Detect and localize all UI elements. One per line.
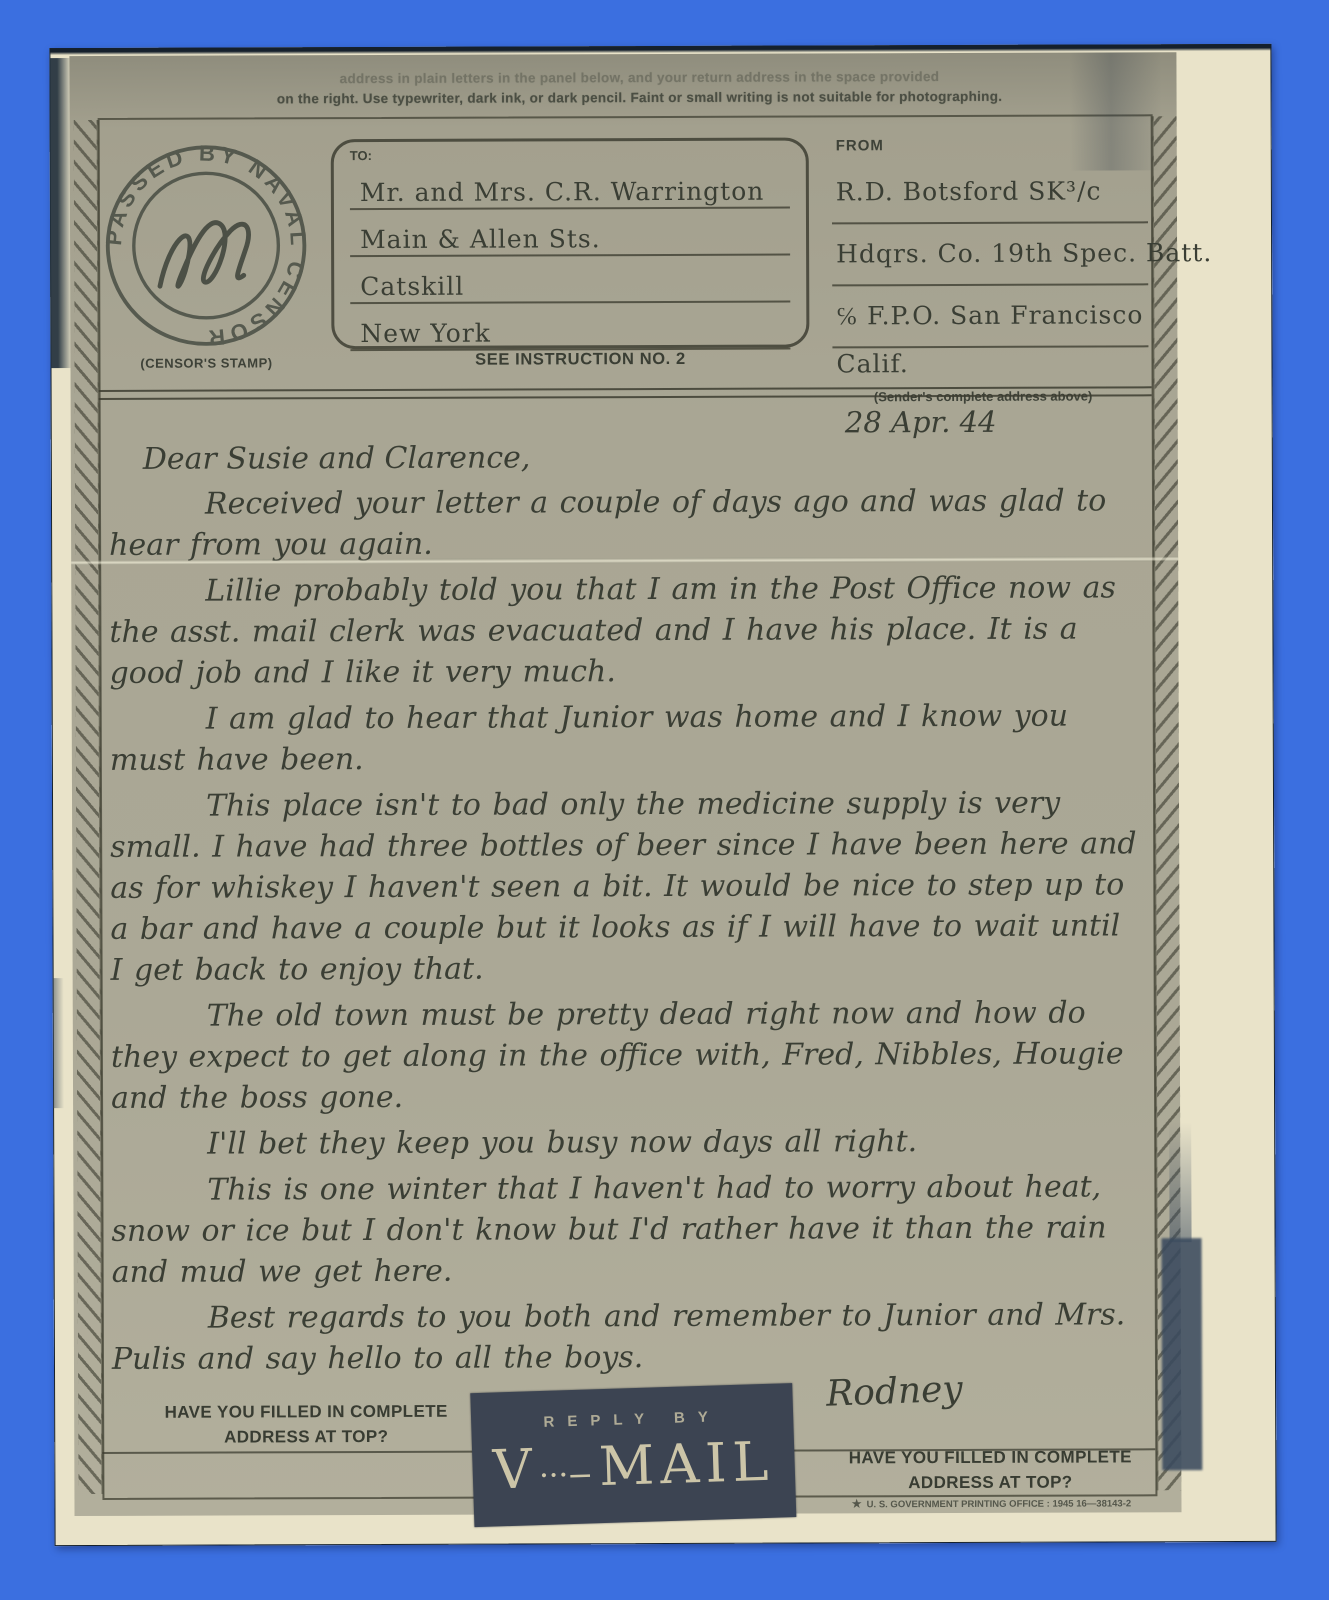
from-address-line: Hdqrs. Co. 19th Spec. Batt. bbox=[832, 238, 1148, 286]
right-edge-shadow-band bbox=[1162, 1238, 1203, 1470]
letter-paragraph: I am glad to hear that Junior was home a… bbox=[110, 695, 1138, 781]
photo-paper: address in plain letters in the panel be… bbox=[49, 44, 1276, 1546]
letter-paragraph: Received your letter a couple of days ag… bbox=[109, 480, 1137, 566]
star-icon: ★ bbox=[852, 1498, 862, 1510]
printing-office-fine-print: ★U. S. GOVERNMENT PRINTING OFFICE : 1945… bbox=[802, 1496, 1180, 1510]
paper-left-edge-shadow-2 bbox=[53, 978, 64, 1108]
censor-signature-squiggle bbox=[160, 223, 249, 287]
reply-by-text: REPLY BY bbox=[543, 1408, 721, 1431]
vmail-morse-code: ···— bbox=[539, 1447, 594, 1503]
to-address-line: Main & Allen Sts. bbox=[350, 209, 790, 258]
from-label: FROM bbox=[836, 137, 884, 154]
address-reminder-left: HAVE YOU FILLED IN COMPLETE ADDRESS AT T… bbox=[116, 1399, 496, 1450]
letter-salutation: Dear Susie and Clarence, bbox=[143, 440, 531, 476]
form-instruction-line-2: on the right. Use typewriter, dark ink, … bbox=[180, 88, 1100, 106]
from-address-line: ℅ F.P.O. San Francisco bbox=[832, 300, 1148, 348]
vmail-v-letter: V bbox=[492, 1442, 539, 1497]
form-hatch-border-left bbox=[74, 120, 104, 1494]
naval-censor-stamp: PASSED BY NAVAL CENSOR bbox=[100, 139, 313, 352]
letter-paragraph: This place isn't to bad only the medicin… bbox=[110, 782, 1139, 991]
from-address-line: R.D. Botsford SK³/c bbox=[832, 176, 1148, 224]
to-address-line: New York bbox=[350, 303, 790, 352]
right-edge-shadow-tail bbox=[1169, 1122, 1191, 1242]
letter-paragraph: This is one winter that I haven't had to… bbox=[111, 1166, 1139, 1293]
to-label: TO: bbox=[350, 147, 790, 164]
to-address-box: TO: Mr. and Mrs. C.R. Warrington Main & … bbox=[331, 137, 810, 349]
form-instruction-line-1: address in plain letters in the panel be… bbox=[179, 68, 1099, 86]
letter-paragraph: Best regards to you both and remember to… bbox=[112, 1294, 1140, 1380]
scanned-vmail-letter: { "photo_header": { "instruction_line1":… bbox=[0, 0, 1329, 1600]
address-reminder-right: HAVE YOU FILLED IN COMPLETE ADDRESS AT T… bbox=[790, 1444, 1190, 1495]
top-right-scan-smudge bbox=[1069, 52, 1161, 170]
letter-body: Received your letter a couple of days ag… bbox=[109, 480, 1140, 1385]
from-address-line: Calif. bbox=[836, 349, 908, 378]
letter-date: 28 Apr. 44 bbox=[771, 405, 1071, 440]
to-address-line: Catskill bbox=[350, 256, 790, 305]
letter-paragraph: I'll bet they keep you busy now days all… bbox=[111, 1120, 1139, 1165]
see-instruction-note: SEE INSTRUCTION NO. 2 bbox=[370, 350, 790, 370]
to-address-line: Mr. and Mrs. C.R. Warrington bbox=[350, 162, 790, 211]
letter-paragraph: The old town must be pretty dead right n… bbox=[111, 992, 1139, 1119]
vmail-wordmark: V ···— MAIL bbox=[492, 1427, 775, 1504]
reply-by-vmail-logo: REPLY BY V ···— MAIL bbox=[470, 1383, 796, 1527]
letter-signature: Rodney bbox=[825, 1369, 963, 1415]
vmail-form-photo: address in plain letters in the panel be… bbox=[69, 52, 1181, 1516]
letter-paragraph: Lillie probably told you that I am in th… bbox=[109, 567, 1137, 694]
vmail-mail-word: MAIL bbox=[598, 1434, 775, 1493]
censor-stamp-caption: (CENSOR'S STAMP) bbox=[98, 355, 314, 371]
